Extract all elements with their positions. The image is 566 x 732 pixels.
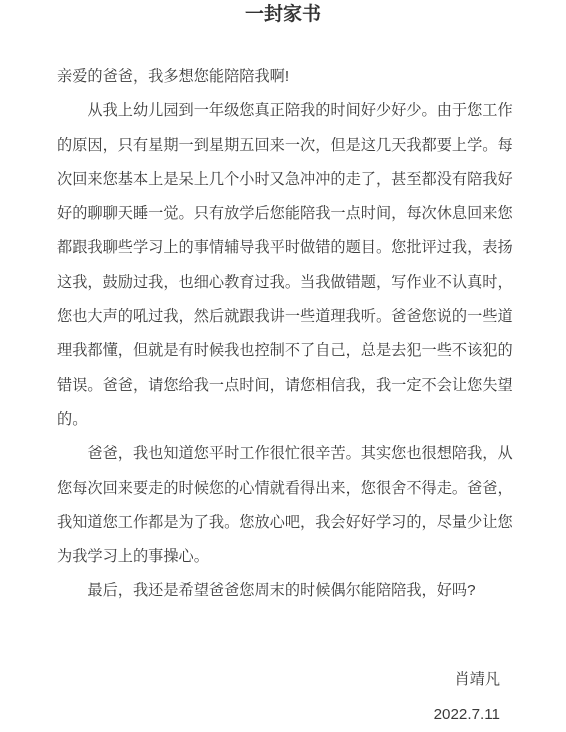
letter-line: 好的聊聊天睡一觉。只有放学后您能陪我一点时间，每次休息回来您 xyxy=(57,197,519,231)
letter-line: 的。 xyxy=(57,403,519,437)
signature-block: 肖靖凡 2022.7.11 xyxy=(434,662,500,732)
letter-line: 次回来您基本上是呆上几个小时又急冲冲的走了，甚至都没有陪我好 xyxy=(57,163,519,197)
letter-page: 一封家书 亲爱的爸爸，我多想您能陪陪我啊! 从我上幼儿园到一年级您真正陪我的时间… xyxy=(0,0,566,732)
letter-line: 错误。爸爸，请您给我一点时间，请您相信我，我一定不会让您失望 xyxy=(57,369,519,403)
letter-line: 最后，我还是希望爸爸您周末的时候偶尔能陪陪我，好吗? xyxy=(57,574,519,608)
letter-paragraph: 从我上幼儿园到一年级您真正陪我的时间好少好少。由于您工作的原因，只有星期一到星期… xyxy=(57,94,519,437)
letter-line: 理我都懂，但就是有时候我也控制不了自己，总是去犯一些不该犯的 xyxy=(57,334,519,368)
letter-line: 这我，鼓励过我，也细心教育过我。当我做错题，写作业不认真时， xyxy=(57,266,519,300)
letter-paragraph: 爸爸，我也知道您平时工作很忙很辛苦。其实您也很想陪我，从您每次回来要走的时候您的… xyxy=(57,437,519,574)
letter-body: 亲爱的爸爸，我多想您能陪陪我啊! 从我上幼儿园到一年级您真正陪我的时间好少好少。… xyxy=(57,60,519,609)
letter-line: 为我学习上的事操心。 xyxy=(57,540,519,574)
letter-line: 都跟我聊些学习上的事情辅导我平时做错的题目。您批评过我，表扬 xyxy=(57,231,519,265)
page-title: 一封家书 xyxy=(0,2,566,28)
letter-line: 爸爸，我也知道您平时工作很忙很辛苦。其实您也很想陪我，从 xyxy=(57,437,519,471)
letter-line: 从我上幼儿园到一年级您真正陪我的时间好少好少。由于您工作 xyxy=(57,94,519,128)
letter-line: 您也大声的吼过我，然后就跟我讲一些道理我听。爸爸您说的一些道 xyxy=(57,300,519,334)
greeting-line: 亲爱的爸爸，我多想您能陪陪我啊! xyxy=(57,60,519,94)
letter-line: 的原因，只有星期一到星期五回来一次，但是这几天我都要上学。每 xyxy=(57,129,519,163)
signature-name: 肖靖凡 xyxy=(434,662,500,697)
letter-line: 您每次回来要走的时候您的心情就看得出来，您很舍不得走。爸爸， xyxy=(57,472,519,506)
letter-paragraphs: 从我上幼儿园到一年级您真正陪我的时间好少好少。由于您工作的原因，只有星期一到星期… xyxy=(57,94,519,608)
signature-date: 2022.7.11 xyxy=(434,697,500,732)
letter-line: 我知道您工作都是为了我。您放心吧，我会好好学习的，尽量少让您 xyxy=(57,506,519,540)
letter-paragraph: 最后，我还是希望爸爸您周末的时候偶尔能陪陪我，好吗? xyxy=(57,574,519,608)
